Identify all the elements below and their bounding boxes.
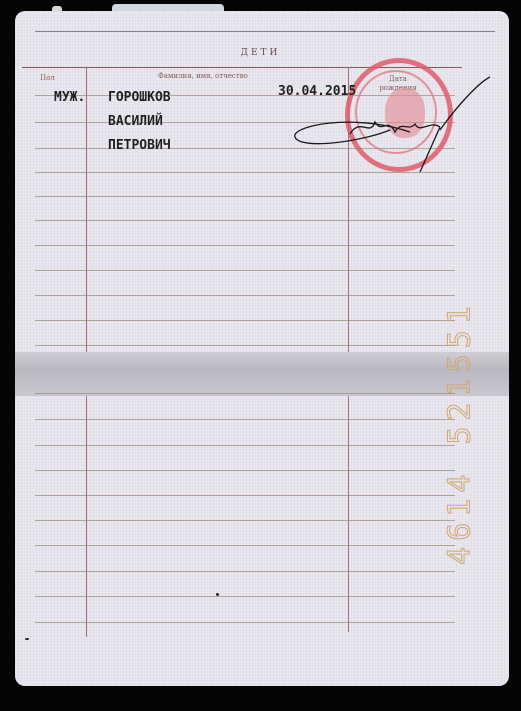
row-line: [35, 393, 455, 394]
child-patronymic: ПЕТРОВИЧ: [108, 138, 171, 153]
child-given-name: ВАСИЛИЙ: [108, 114, 163, 129]
row-line: [35, 320, 455, 321]
column-header-full-name: Фамилия, имя, отчество: [158, 72, 248, 80]
child-surname: ГОРОШКОВ: [108, 90, 171, 105]
row-line: [35, 196, 455, 197]
page-title: ДЕТИ: [0, 48, 521, 58]
row-line: [35, 445, 455, 446]
row-line: [35, 345, 455, 346]
top-border-line: [35, 31, 495, 32]
row-line: [35, 419, 455, 420]
row-line: [35, 545, 455, 546]
row-line: [35, 622, 455, 623]
perforated-serial-number: 4614 521551: [440, 215, 470, 655]
child-sex: МУЖ.: [54, 90, 85, 105]
row-line: [35, 596, 455, 597]
row-line: [35, 520, 455, 521]
ink-speck: [25, 638, 29, 640]
ink-speck: [216, 593, 219, 596]
row-line: [35, 245, 455, 246]
page-fold: [15, 352, 509, 396]
row-line: [35, 295, 455, 296]
row-line: [35, 270, 455, 271]
row-line: [35, 495, 455, 496]
row-line: [35, 220, 455, 221]
row-line: [35, 470, 455, 471]
row-line: [35, 571, 455, 572]
signature-icon: [290, 72, 500, 182]
column-header-sex: Пол: [40, 74, 55, 82]
